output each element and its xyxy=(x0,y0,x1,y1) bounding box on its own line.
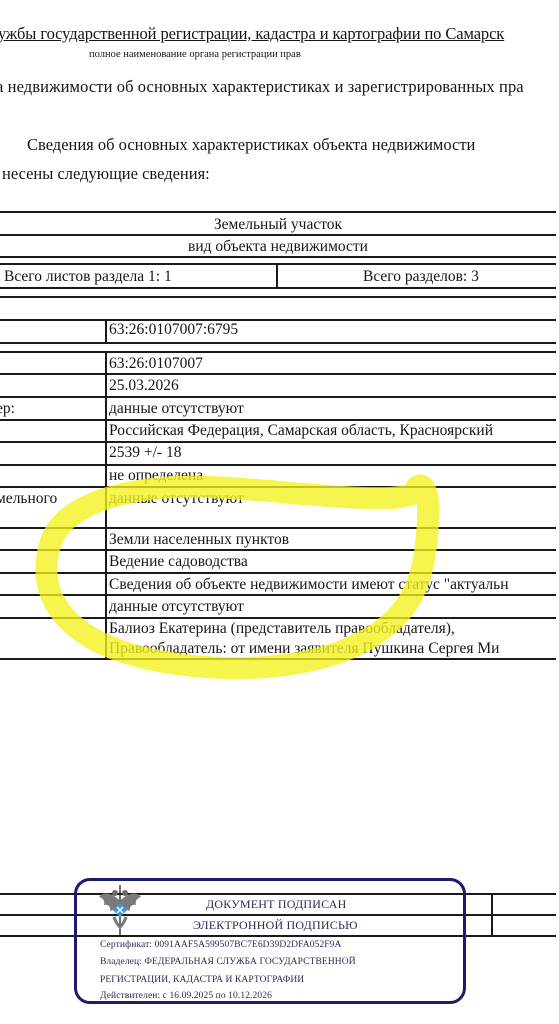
recipient-line-1: Балиоз Екатерина (представитель правообл… xyxy=(109,619,455,639)
address: Российская Федерация, Самарская область,… xyxy=(109,421,493,441)
registration-authority-name: ужбы государственной регистрации, кадаст… xyxy=(0,24,504,44)
row-label: мельного xyxy=(0,489,57,509)
divider xyxy=(0,263,556,265)
authority-caption: полное наименование органа регистрации п… xyxy=(89,49,301,60)
record-status: Сведения об объекте недвижимости имеют с… xyxy=(109,575,509,595)
divider xyxy=(0,211,556,213)
object-type-caption: вид объекта недвижимости xyxy=(0,237,556,257)
previous-number: данные отсутствуют xyxy=(109,399,244,419)
row-label: ер: xyxy=(0,399,15,419)
object-type: Земельный участок xyxy=(0,215,556,235)
divider xyxy=(491,893,493,936)
divider xyxy=(0,234,556,236)
recipient-line-2: Правообладатель: от имени заявителя Пушк… xyxy=(109,639,499,659)
certificate-number: Сертификат: 0091AAF5A599507BC7E6D39D2DFA… xyxy=(100,940,341,950)
certificate-owner-line-1: Владелец: ФЕДЕРАЛЬНАЯ СЛУЖБА ГОСУДАРСТВЕ… xyxy=(100,957,356,967)
stamp-title-line-1: ДОКУМЕНТ ПОДПИСАН xyxy=(206,897,347,912)
stamp-title-line-2: ЭЛЕКТРОННОЙ ПОДПИСЬЮ xyxy=(193,918,358,933)
lead-text: несены следующие сведения: xyxy=(2,164,210,184)
cadastral-quarter: 63:26:0107007 xyxy=(109,354,203,374)
permitted-use: Ведение садоводства xyxy=(109,552,248,572)
divider xyxy=(0,287,556,289)
special-marks: данные отсутствуют xyxy=(109,597,244,617)
cadastral-number: 63:26:0107007:6795 xyxy=(109,320,238,340)
assignment-date: 25.03.2026 xyxy=(109,376,179,396)
area: 2539 +/- 18 xyxy=(109,443,181,463)
sheets-count: Всего листов раздела 1: 1 xyxy=(4,267,172,287)
certificate-owner-line-2: РЕГИСТРАЦИИ, КАДАСТРА И КАРТОГРАФИИ xyxy=(100,975,304,985)
section-title: Сведения об основных характеристиках объ… xyxy=(27,135,475,155)
certificate-validity: Действителен: с 16.09.2025 по 10.12.2026 xyxy=(100,991,272,1001)
land-parcel-info: данные отсутствуют xyxy=(109,489,244,509)
divider xyxy=(276,263,278,288)
sections-count: Всего разделов: 3 xyxy=(363,267,479,287)
land-category: Земли населенных пунктов xyxy=(109,530,289,550)
extract-title: а недвижимости об основных характеристик… xyxy=(0,77,524,97)
divider xyxy=(0,256,556,258)
double-headed-eagle-emblem-icon xyxy=(95,883,145,935)
divider xyxy=(0,296,556,298)
cadastral-value: не определена xyxy=(109,466,203,486)
